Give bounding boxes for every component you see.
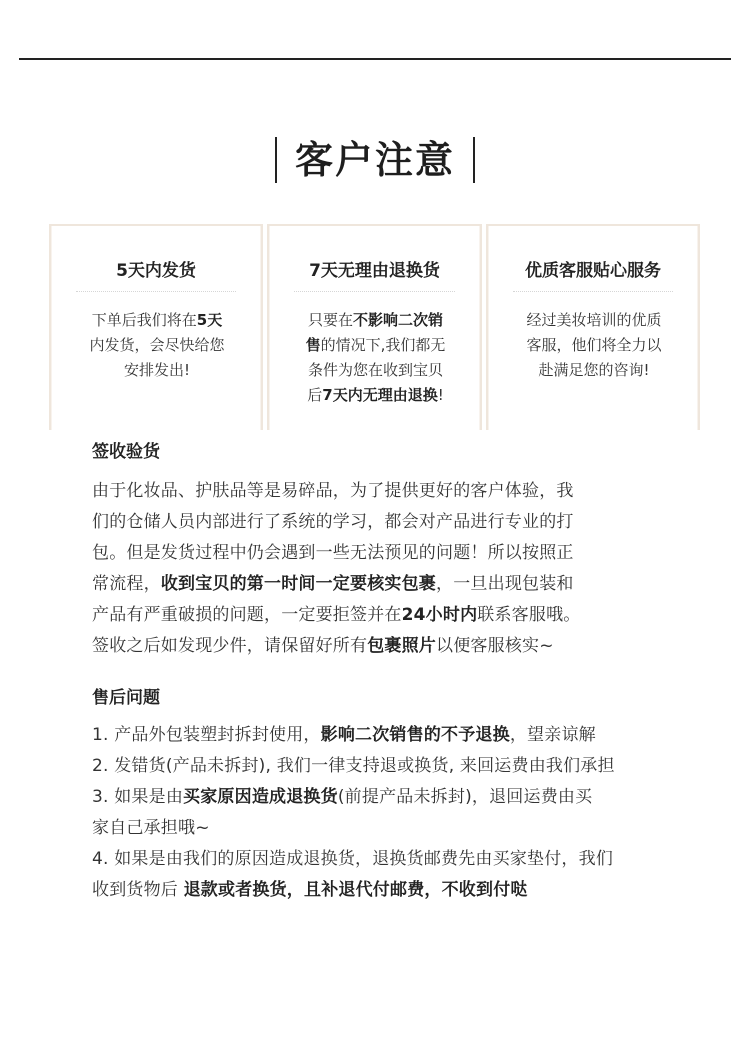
text-line: 4. 如果是由我们的原因造成退换货，退换货邮费先由买家垫付，我们 (92, 844, 662, 875)
page-title: 客户注意 (277, 137, 473, 183)
section-after-sales: 售后问题 1. 产品外包装塑封拆封使用，影响二次销售的不予退换，望亲谅解2. 发… (92, 686, 662, 906)
emphasis-text: 包裹照片 (367, 636, 436, 656)
text-line: 条件为您在收到宝贝 (289, 358, 462, 383)
text-line: 经过美妆培训的优质 (508, 308, 680, 333)
emphasis-text: 5天 (197, 311, 222, 329)
emphasis-text: 7天内无理由退换 (322, 386, 437, 404)
text-line: 常流程，收到宝贝的第一时间一定要核实包裹，一旦出现包装和 (92, 569, 662, 600)
text-line: 只要在不影响二次销 (289, 308, 462, 333)
text-line: 包。但是发货过程中仍会遇到一些无法预见的问题！所以按照正 (92, 538, 662, 569)
text-run: 联系客服哦。 (477, 605, 580, 625)
section-paragraph: 由于化妆品、护肤品等是易碎品，为了提供更好的客户体验，我们的仓储人员内部进行了系… (92, 476, 662, 662)
text-run: (前提产品未拆封)，退回运费由买 (338, 787, 592, 807)
text-run: 安排发出! (124, 361, 190, 379)
card-title: 优质客服贴心服务 (488, 260, 698, 282)
text-run: 条件为您在收到宝贝 (308, 361, 443, 379)
text-line: 3. 如果是由买家原因造成退换货(前提产品未拆封)，退回运费由买 (92, 782, 662, 813)
text-run: 以便客服核实~ (436, 636, 554, 656)
card-dotted-divider (76, 291, 236, 292)
text-line: 售的情况下,我们都无 (289, 333, 462, 358)
text-run: ，一旦出现包装和 (436, 574, 574, 594)
text-run: 产品有严重破损的问题，一定要拒签并在 (92, 605, 402, 625)
emphasis-text: 售 (306, 336, 321, 354)
top-divider-rule (19, 58, 731, 60)
card-body: 只要在不影响二次销售的情况下,我们都无条件为您在收到宝贝后7天内无理由退换! (289, 308, 462, 408)
card-body: 下单后我们将在5天内发货，会尽快给您安排发出! (71, 308, 243, 383)
card-title: 7天无理由退换货 (269, 260, 480, 282)
text-run: 客服，他们将全力以 (526, 336, 661, 354)
text-run: 1. 产品外包装塑封拆封使用， (92, 725, 321, 745)
text-line: 赴满足您的咨询! (508, 358, 680, 383)
section-inspection: 签收验货 由于化妆品、护肤品等是易碎品，为了提供更好的客户体验，我们的仓储人员内… (92, 440, 662, 662)
text-line: 签收之后如发现少件，请保留好所有包裹照片以便客服核实~ (92, 631, 662, 662)
emphasis-text: 影响二次销售的不予退换 (321, 725, 510, 745)
title-right-bar (473, 137, 475, 183)
text-line: 下单后我们将在5天 (71, 308, 243, 333)
text-run: 经过美妆培训的优质 (526, 311, 661, 329)
text-line: 后7天内无理由退换! (289, 383, 462, 408)
emphasis-text: 不影响二次销 (353, 311, 443, 329)
text-run: 常流程， (92, 574, 161, 594)
text-run: 只要在 (308, 311, 353, 329)
section-heading: 售后问题 (92, 686, 662, 710)
text-run: 的情况下,我们都无 (321, 336, 446, 354)
emphasis-text: 24小时内 (402, 605, 478, 625)
text-run: 3. 如果是由 (92, 787, 183, 807)
page-title-block: 客户注意 (0, 137, 750, 183)
text-line: 2. 发错货(产品未拆封), 我们一律支持退或换货, 来回运费由我们承担 (92, 751, 662, 782)
text-run: 签收之后如发现少件，请保留好所有 (92, 636, 367, 656)
text-run: 赴满足您的咨询! (538, 361, 649, 379)
text-line: 由于化妆品、护肤品等是易碎品，为了提供更好的客户体验，我 (92, 476, 662, 507)
emphasis-text: 买家原因造成退换货 (183, 787, 338, 807)
text-run: 下单后我们将在 (92, 311, 197, 329)
section-heading: 签收验货 (92, 440, 662, 464)
text-line: 收到货物后 退款或者换货，且补退代付邮费，不收到付哒 (92, 875, 662, 906)
text-line: 客服，他们将全力以 (508, 333, 680, 358)
text-line: 内发货，会尽快给您 (71, 333, 243, 358)
text-run: 家自己承担哦~ (92, 818, 210, 838)
card-title: 5天内发货 (51, 260, 261, 282)
text-run: 2. 发错货(产品未拆封), 我们一律支持退或换货, 来回运费由我们承担 (92, 756, 615, 776)
text-run: ，望亲谅解 (510, 725, 596, 745)
text-run: 收到货物后 (92, 880, 184, 900)
text-line: 产品有严重破损的问题，一定要拒签并在24小时内联系客服哦。 (92, 600, 662, 631)
text-line: 安排发出! (71, 358, 243, 383)
text-line: 1. 产品外包装塑封拆封使用，影响二次销售的不予退换，望亲谅解 (92, 720, 662, 751)
card-body: 经过美妆培训的优质客服，他们将全力以赴满足您的咨询! (508, 308, 680, 383)
text-run: 后 (307, 386, 322, 404)
service-card-returns: 7天无理由退换货 只要在不影响二次销售的情况下,我们都无条件为您在收到宝贝后7天… (267, 224, 482, 430)
text-run: 由于化妆品、护肤品等是易碎品，为了提供更好的客户体验，我 (92, 481, 574, 501)
text-run: 内发货，会尽快给您 (89, 336, 224, 354)
text-run: ! (438, 386, 444, 404)
service-card-customer-service: 优质客服贴心服务 经过美妆培训的优质客服，他们将全力以赴满足您的咨询! (486, 224, 700, 430)
text-run: 4. 如果是由我们的原因造成退换货，退换货邮费先由买家垫付，我们 (92, 849, 613, 869)
section-paragraph: 1. 产品外包装塑封拆封使用，影响二次销售的不予退换，望亲谅解2. 发错货(产品… (92, 720, 662, 906)
emphasis-text: 退款或者换货，且补退代付邮费，不收到付哒 (184, 880, 528, 900)
card-dotted-divider (513, 291, 673, 292)
text-line: 们的仓储人员内部进行了系统的学习，都会对产品进行专业的打 (92, 507, 662, 538)
service-card-shipping: 5天内发货 下单后我们将在5天内发货，会尽快给您安排发出! (49, 224, 263, 430)
emphasis-text: 收到宝贝的第一时间一定要核实包裹 (161, 574, 436, 594)
text-run: 包。但是发货过程中仍会遇到一些无法预见的问题！所以按照正 (92, 543, 574, 563)
card-dotted-divider (294, 291, 455, 292)
text-run: 们的仓储人员内部进行了系统的学习，都会对产品进行专业的打 (92, 512, 574, 532)
text-line: 家自己承担哦~ (92, 813, 662, 844)
